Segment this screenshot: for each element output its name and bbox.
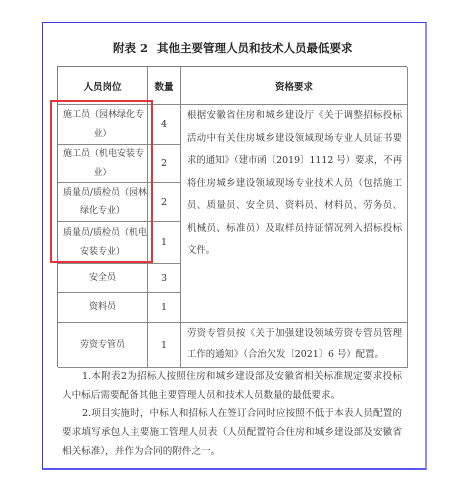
table-caption-number: 附表 2 [113,40,145,56]
qualification-line: 机械员、标准员）及取样员持证情况列入招标投标 [187,218,402,241]
position-cell: 安全员 [58,264,148,293]
qualification-cell: 根据安徽省住房和城乡建设厅《关于调整招标投标 活动中有关住房城乡建设领域现场专业… [181,105,408,323]
header-qualification: 资格要求 [181,67,408,105]
note-line: 要求填写承包人主要施工管理人员表（人员配置符合住房和城乡建设部及安徽省 [62,424,402,443]
qualification-line: 工作的通知》（合治欠发〔2021〕6 号）配置。 [187,345,402,366]
quantity-cell: 1 [148,293,181,323]
position-line: 资料员 [63,298,142,317]
note-line: 人中标后需要配备其他主要管理人员和技术人员数量的最低要求。 [62,387,402,406]
qualification-line: 员、质量员、安全员、资料员、材料员、劳务员、 [187,195,402,218]
qualification-cell: 劳资专管员按《关于加强建设领域劳资专管员管理 工作的通知》（合治欠发〔2021〕… [181,323,408,368]
qualification-line: 活动中有关住房城乡建设领域现场专业人员证书要 [187,128,402,151]
note-line: 相关标准），并作为合同的附件之一。 [62,443,402,462]
qualification-line: 劳资专管员按《关于加强建设领域劳资专管员管理 [187,324,402,345]
position-line: 安全员 [63,269,142,288]
note-line: 2.项目实施时，中标人和招标人在签订合同时应按照不低于本表人员配置的 [62,405,402,424]
table-notes: 1.本附表2为招标人按照住房和城乡建设部及安徽省相关标准规定要求投标 人中标后需… [62,368,402,462]
position-line: 劳资专管员 [63,336,142,355]
position-cell: 劳资专管员 [58,323,148,368]
table-caption-title: 其他主要管理人员和技术人员最低要求 [157,40,350,56]
qualification-line: 求的通知》（建市函〔2019〕1112 号）要求，不再 [187,150,402,173]
highlight-box [50,100,153,263]
position-cell: 资料员 [58,293,148,323]
qualification-line: 根据安徽省住房和城乡建设厅《关于调整招标投标 [187,105,402,128]
qualification-line: 将住房城乡建设领域现场专业技术人员（包括施工 [187,173,402,196]
quantity-cell: 1 [148,323,181,368]
note-line: 1.本附表2为招标人按照住房和城乡建设部及安徽省相关标准规定要求投标 [62,368,402,387]
quantity-cell: 3 [148,264,181,293]
qualification-line: 文件。 [187,240,402,263]
